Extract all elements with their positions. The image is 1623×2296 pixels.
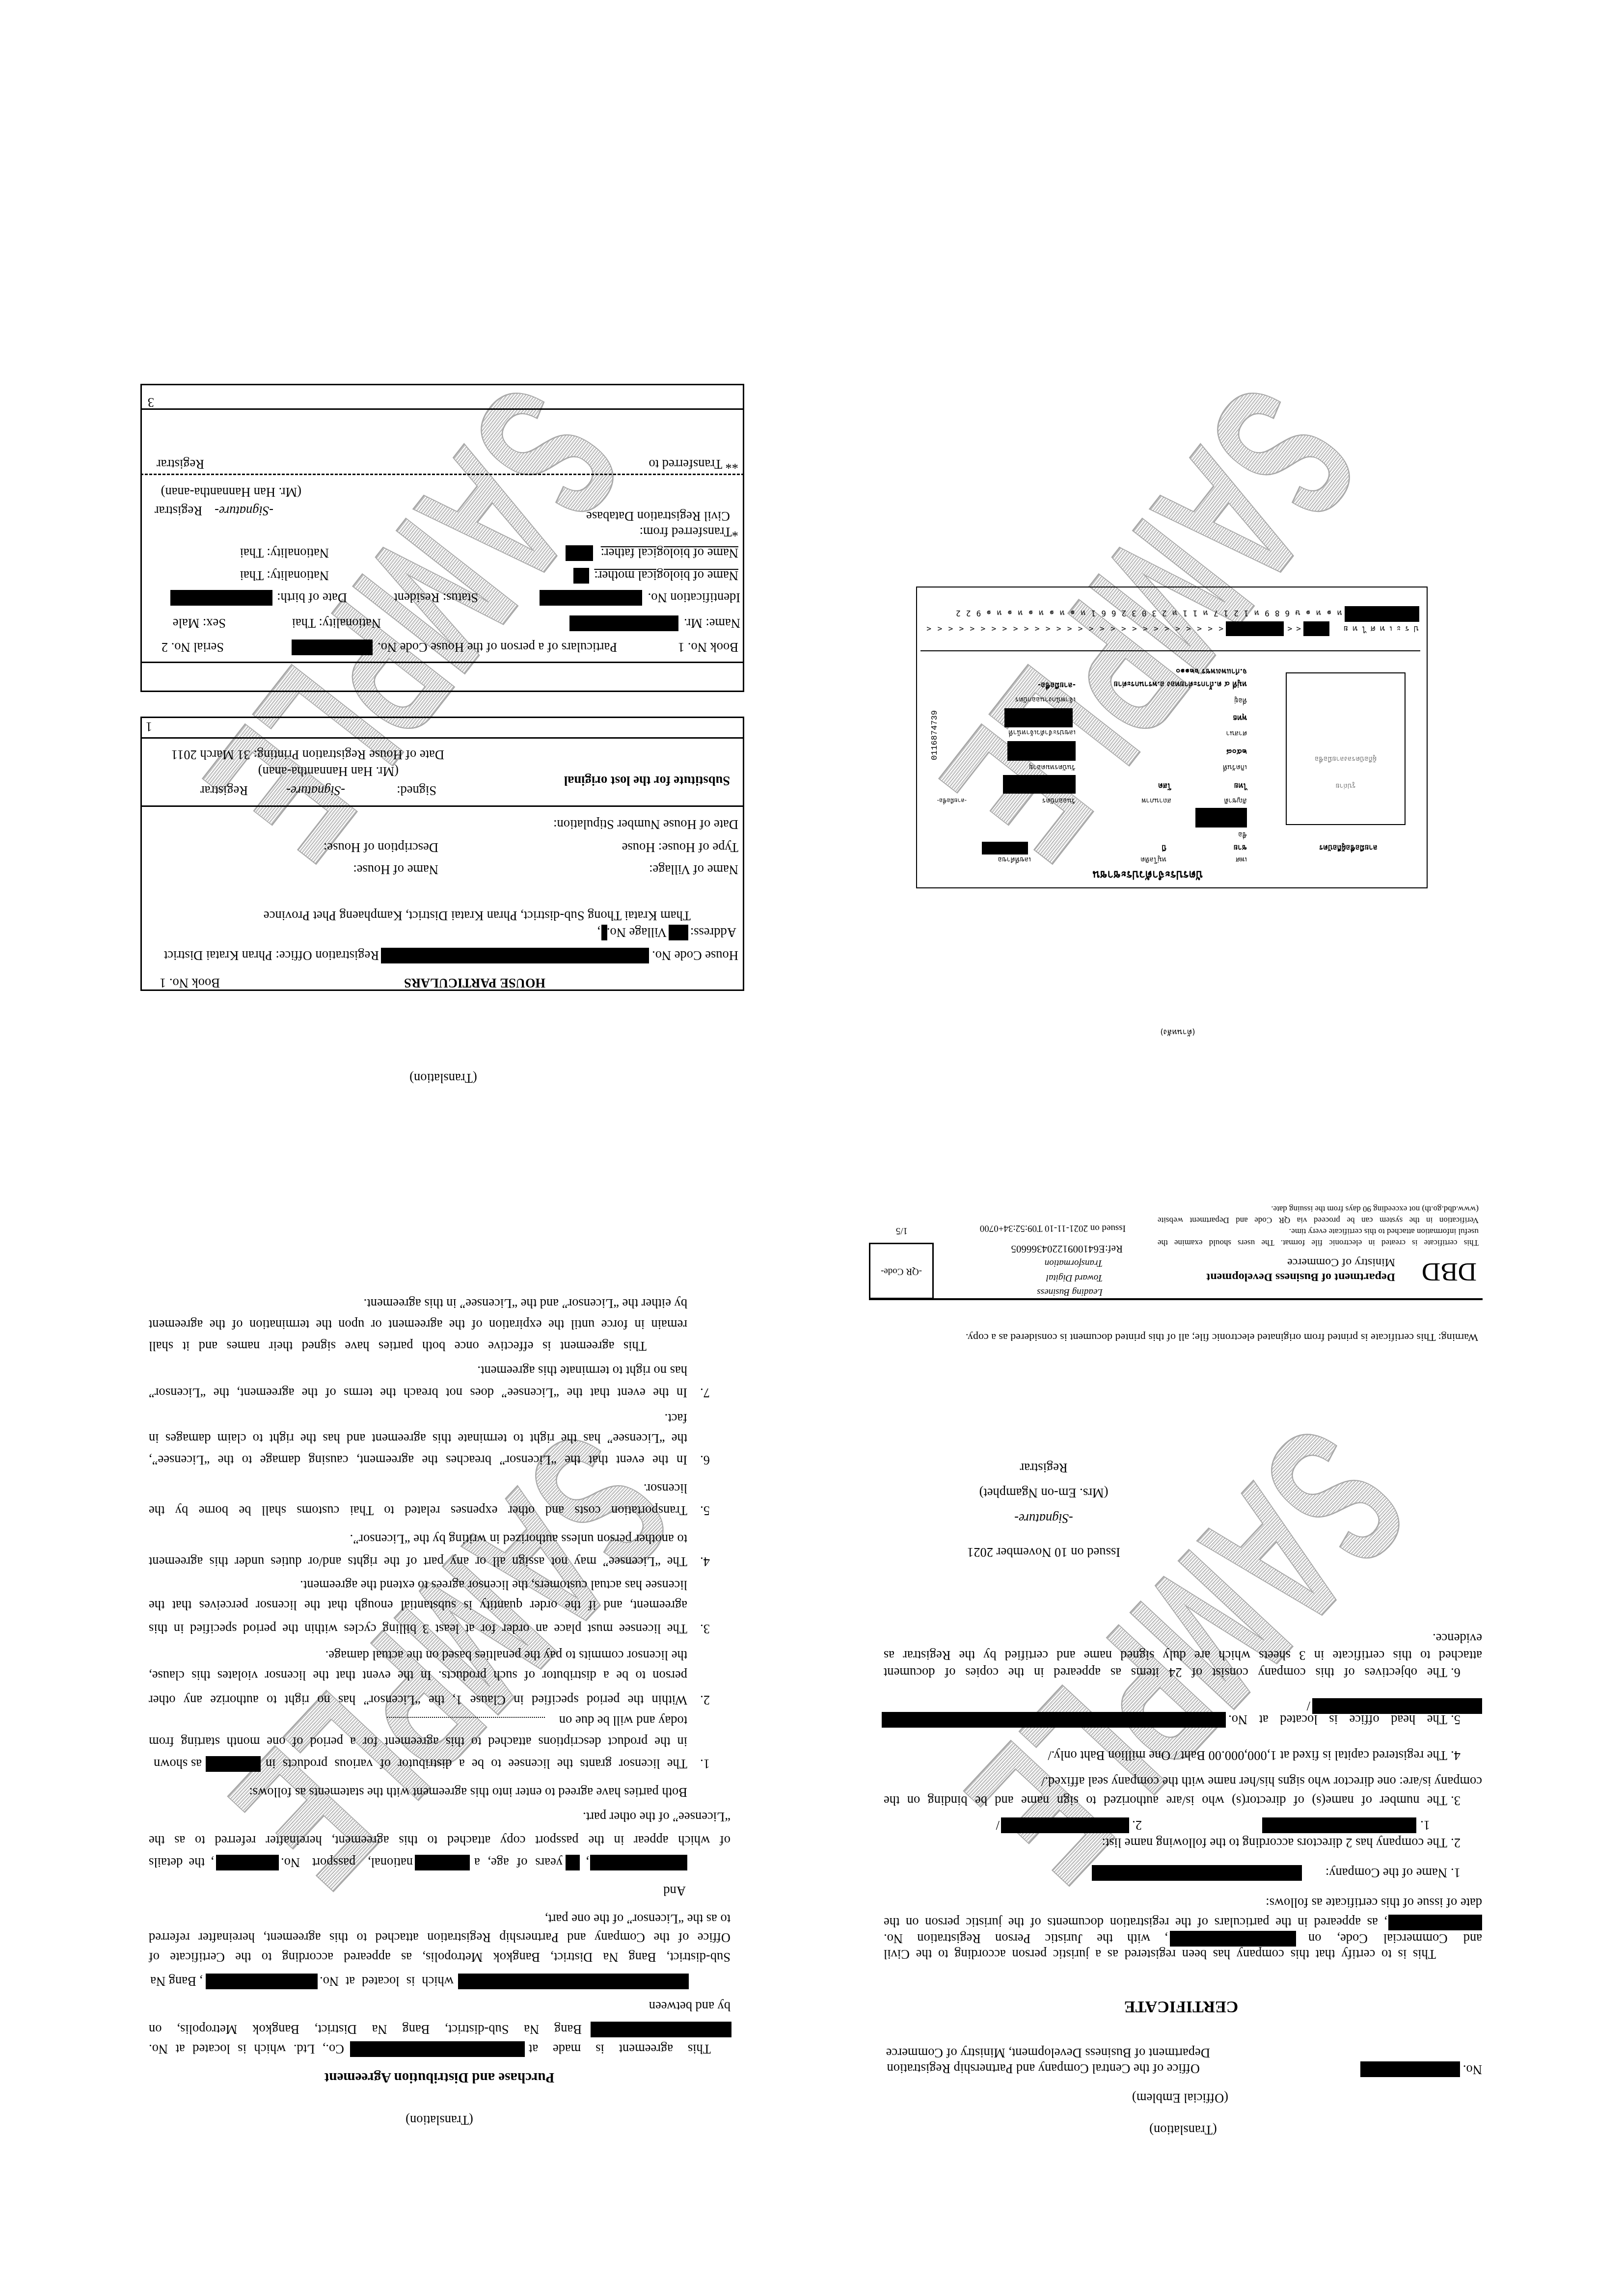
signature-placeholder: -Signature- xyxy=(286,783,345,799)
divider xyxy=(140,805,744,807)
page-number: 3 xyxy=(148,395,154,410)
card-field-label: เจ้าพนักงานออกบัตร xyxy=(1015,695,1076,704)
address-comma: , xyxy=(597,925,600,940)
photo-box-label: ผู้ถือบัตรลงลายมือชื่อ xyxy=(1286,754,1406,763)
transferred-from-label: *Transferred from: xyxy=(640,524,738,540)
card-field-value: บี xyxy=(1162,843,1166,852)
card-field-label: เกิดวันที่ xyxy=(1223,763,1247,772)
agreement-line: , xyxy=(586,1855,589,1870)
agreement-line: to as the “Licensor” of the one part, xyxy=(545,1911,730,1927)
dbd-department: Department of Business Development xyxy=(1206,1270,1395,1284)
clause-line: In the event that the “Licensee” does no… xyxy=(149,1385,687,1401)
item-number: 4. xyxy=(1451,1748,1461,1763)
clause-line: The licensor grants the licensee to be a… xyxy=(266,1756,687,1772)
clause-number: 6. xyxy=(700,1452,710,1468)
clause-number: 5. xyxy=(700,1503,710,1519)
redaction-block xyxy=(982,842,1028,854)
certificate-line: date of issue of this certificate as fol… xyxy=(1266,1895,1482,1911)
item-text: The number of name(s) of director(s) who… xyxy=(884,1793,1447,1809)
clause-line: the “Licensee” has the right to terminat… xyxy=(149,1431,687,1446)
clause-line: In the event that the “Licensor” breache… xyxy=(149,1452,687,1468)
name-of-village: Name of Village: xyxy=(649,862,738,878)
redaction-block xyxy=(350,2041,525,2057)
redaction-block xyxy=(669,925,688,940)
redaction-block xyxy=(1004,708,1073,727)
card-field-label: หมู่โลหิต xyxy=(1140,855,1166,864)
book-number: Book No. 1 xyxy=(160,975,220,991)
item-tail: / xyxy=(996,1817,1000,1833)
item-text: The company has 2 directors according to… xyxy=(1102,1835,1447,1851)
address-label: Address: xyxy=(690,925,736,940)
clause-line: The “Licensee” may not assign all or any… xyxy=(149,1554,687,1570)
clause-line: as shown xyxy=(154,1756,202,1772)
redaction-block xyxy=(566,545,593,561)
redaction-block xyxy=(206,1756,261,1772)
photo-box xyxy=(1286,672,1406,825)
item-tail: / xyxy=(1307,1698,1310,1714)
item-number: 2. xyxy=(1451,1835,1461,1851)
agreement-line: Office of the Company and Partnership Re… xyxy=(149,1930,730,1946)
redaction-block xyxy=(573,568,589,584)
clause-line: to another person unless authorized in w… xyxy=(350,1531,687,1547)
copy-warning: Warning: This certificate is printed fro… xyxy=(966,1331,1478,1344)
electronic-notice-line: This certificate is created in electroni… xyxy=(1158,1238,1479,1248)
director-number: 1. xyxy=(1420,1817,1430,1833)
card-field-value: จ.กำแพงเพชร ๖๒๑๑๐ xyxy=(1176,667,1247,676)
item-text: evidence. xyxy=(1433,1630,1482,1646)
card-divider xyxy=(920,650,1420,651)
agreement-line: which is located at No. xyxy=(320,1974,454,1989)
closing-line: by either the “Licensor” and the “Licens… xyxy=(364,1296,687,1311)
redaction-block xyxy=(540,590,642,606)
agreement-statement-intro: Both parties have agreed to enter into t… xyxy=(249,1785,687,1800)
nationality: Nationality: Thai xyxy=(292,615,381,631)
dashed-divider xyxy=(140,474,744,475)
mother-label: Name of biological mother: xyxy=(594,568,738,584)
transferred-from-value: Civil Registration Database xyxy=(586,508,730,524)
clause-number: 2. xyxy=(700,1692,710,1708)
card-field-label: สถานภาพ xyxy=(1141,796,1171,805)
redaction-block xyxy=(1003,775,1076,794)
dbd-logo: DBD xyxy=(1422,1257,1477,1286)
card-field-value: -ลายมือชื่อ- xyxy=(937,796,967,805)
qr-code-placeholder: -QR Code- xyxy=(869,1266,934,1277)
item-text: company is/are: one director who signs h… xyxy=(1041,1774,1482,1789)
issuing-office: Office of the Central Company and Partne… xyxy=(887,2061,1200,2077)
redaction-block xyxy=(1312,1698,1482,1714)
mrz-line-1-prefix: ประเทศไทย xyxy=(1339,624,1419,634)
clause-line: agreement, and if the order quantity is … xyxy=(149,1598,687,1613)
item-text: attached to this certificate in 3 sheets… xyxy=(884,1648,1482,1663)
card-field-label: เพศ xyxy=(1236,855,1247,864)
redaction-block xyxy=(1388,1915,1482,1930)
signature-placeholder: -Signature- xyxy=(946,1511,1142,1526)
redaction-block xyxy=(1092,1865,1302,1881)
issued-date: Issued on 10 November 2021 xyxy=(946,1545,1142,1560)
page-number: 1 xyxy=(146,719,152,735)
substitute-note: Substitute for the lost original xyxy=(564,773,730,789)
card-field-value: -ลายมือชื่อ- xyxy=(1038,681,1076,690)
registration-office: Registration Office: Phran Kratai Distri… xyxy=(164,948,379,963)
issuing-department: Department of Business Development, Mini… xyxy=(886,2045,1210,2061)
clause-number: 4. xyxy=(700,1554,710,1570)
certificate-title: CERTIFICATE xyxy=(1083,1997,1279,2016)
status: Status: Resident xyxy=(394,590,478,606)
description-of-house: Description of House: xyxy=(324,840,438,855)
agreement-line: Bang Na Sub-district, Bang Na District, … xyxy=(149,2022,582,2037)
dbd-slogan-line: Toward Digital xyxy=(1046,1272,1103,1283)
scanned-page-rotated: SAMPLE SAMPLE SAMPLE SAMPLE (Translation… xyxy=(0,0,1623,2296)
redaction-block xyxy=(1360,2061,1460,2077)
redaction-block xyxy=(1170,1931,1296,1947)
card-field-value: ไทย xyxy=(1234,781,1247,790)
redaction-block xyxy=(1226,621,1284,636)
registrar-title: Registrar xyxy=(155,503,202,519)
agreement-and: And xyxy=(663,1883,686,1899)
agreement-title: Purchase and Distribution Agreement xyxy=(292,2069,587,2086)
redaction-block xyxy=(206,1974,318,1989)
transferred-to-label: ** Transferred to xyxy=(649,456,738,472)
redaction-block xyxy=(1262,1817,1416,1833)
card-field-label: วันออกบัตร xyxy=(1042,796,1076,805)
clause-line: The licensee must place an order for at … xyxy=(149,1621,687,1637)
holder-signature-label: ลายมือชื่อผู้ถือบัตร xyxy=(1319,843,1378,852)
father-nationality: Nationality: Thai xyxy=(240,545,329,561)
certificate-translation-label: (Translation) xyxy=(1134,2122,1232,2138)
registrar-name: (Mr. Han Hannantha-anan) xyxy=(258,764,399,779)
reference-number: Ref:E64100912204366605 xyxy=(1011,1243,1123,1255)
signed-label: Signed: xyxy=(397,783,436,799)
redaction-block xyxy=(569,615,678,631)
page-indicator: 1/5 xyxy=(896,1225,908,1236)
printing-date: Date of House Registration Printing: 31 … xyxy=(171,747,444,763)
agreement-line: of which appear in the passport copy att… xyxy=(149,1833,730,1848)
redaction-block xyxy=(170,590,272,606)
clause-line: Transportation costs and other expenses … xyxy=(149,1503,687,1519)
electronic-notice-line: (www.dbd.go.th) not exceeding 90 days fr… xyxy=(1271,1204,1479,1214)
name-of-house: Name of House: xyxy=(353,862,438,878)
agreement-line: national, passport No. xyxy=(281,1855,413,1870)
agreement-line: “Licensee” of the other part. xyxy=(583,1809,730,1825)
item-number: 1. xyxy=(1451,1865,1461,1881)
closing-line: remain in force until the expiration of … xyxy=(149,1317,687,1333)
redaction-block xyxy=(882,1712,1226,1728)
dbd-slogan-line: Leading Business xyxy=(1037,1286,1103,1297)
item-text: The objectives of this company consist o… xyxy=(884,1665,1447,1681)
agreement-line: , the details xyxy=(149,1855,214,1870)
redaction-block xyxy=(590,1855,687,1870)
mrz-line-2: ห๑ห๑ษ689ห1217ห11ห23032661ห๑ห๑ห๑ห๑ห๑922 xyxy=(950,608,1342,618)
mrz-line-1-separator: << xyxy=(1284,624,1301,634)
card-field-value: ชาย xyxy=(1234,843,1247,852)
registrar-name: (Mrs. Em-on Ngamphet) xyxy=(946,1485,1142,1501)
redaction-block xyxy=(458,1974,689,1989)
clause-line: Within the period specified in Clause 1,… xyxy=(149,1692,687,1708)
card-field-value: หมู่ที่ ๔ ต.ถ้ำกระต่ายทอง อ.พรานกระต่าย xyxy=(1114,680,1247,689)
certificate-line: and Commercial Code, on xyxy=(1308,1931,1482,1947)
card-field-label: เลขประจำตัวเจ้าหน้าที่ xyxy=(1008,728,1076,737)
registrar-title: Registrar xyxy=(157,456,204,472)
item-number: 6. xyxy=(1451,1665,1461,1681)
agreement-line: years of age, a xyxy=(474,1855,563,1870)
certificate-line: This is to certify that this company has… xyxy=(884,1947,1436,1962)
divider xyxy=(140,737,744,739)
divider xyxy=(140,662,744,663)
card-field-value: ๒๕๐๘ xyxy=(1226,748,1247,756)
agreement-line: by and between xyxy=(649,1999,730,2014)
redaction-block xyxy=(1007,741,1076,761)
director-number: 2. xyxy=(1132,1817,1142,1833)
father-label: Name of biological father: xyxy=(601,545,738,561)
official-emblem-label: (Official Emblem) xyxy=(1107,2090,1254,2106)
electronic-notice-line: Verification in the system can be procee… xyxy=(1158,1215,1479,1225)
redaction-block xyxy=(381,948,649,963)
divider xyxy=(140,408,744,410)
item-number: 3. xyxy=(1451,1793,1461,1809)
date-of-birth-label: Date of birth: xyxy=(277,590,347,606)
card-serial-number: 0116874739 xyxy=(930,710,941,761)
card-field-value: โสด xyxy=(1158,781,1171,790)
redaction-block xyxy=(292,640,373,655)
serial-number: Serial No. 2 xyxy=(162,640,224,655)
registrar-title: Registrar xyxy=(200,783,248,799)
card-field-label: ศาสนา xyxy=(1226,729,1247,738)
id-card-title: บัตรประจำตัวประชาชน xyxy=(1093,868,1203,881)
identification-label: Identification No. xyxy=(648,590,740,606)
agreement-line: This agreement is made at xyxy=(529,2041,711,2057)
redaction-block xyxy=(216,1855,279,1870)
electronic-notice-line: useful information attached to this cert… xyxy=(1289,1227,1479,1236)
clause-line: fact. xyxy=(665,1411,687,1426)
card-field-label: เลขที่คำขอ xyxy=(998,855,1031,864)
card-field-label: วันบัตรหมดอายุ xyxy=(1029,763,1076,772)
clause-line: has no right to terminate this agreement… xyxy=(477,1363,687,1379)
agreement-line: Sub-district, Bang Na District, Bangkok … xyxy=(149,1949,730,1965)
clause-line: the licensor commits to pay the penaltie… xyxy=(325,1648,687,1663)
footer-rule xyxy=(869,1298,1483,1300)
redaction-block xyxy=(1195,808,1247,828)
issued-timestamp: Issued on 2021-11-10 T09:52:34+0700 xyxy=(980,1223,1126,1233)
village-no-label: Village No. xyxy=(607,925,667,940)
redaction-block xyxy=(566,1855,580,1870)
house-code-label: House Code No. xyxy=(652,948,738,963)
clause-line: in the product descriptions attached to … xyxy=(149,1734,687,1750)
clause-line: person to be a distributor of such produ… xyxy=(149,1668,687,1683)
registrar-title: Registrar xyxy=(946,1460,1142,1476)
address-line-2: Tham Kratai Thong Sub-district, Phran Kr… xyxy=(264,908,691,924)
redaction-block xyxy=(591,2022,731,2037)
card-field-label: ชื่อ xyxy=(1238,830,1247,839)
mrz-line-1-fill: <<<<<<<<<<<<<<<<<<<<<<<<<<<< xyxy=(920,624,1223,634)
redaction-block xyxy=(601,925,607,940)
type-of-house: Type of House: House xyxy=(622,840,738,855)
redaction-block xyxy=(415,1855,470,1870)
mother-nationality: Nationality: Thai xyxy=(240,568,329,584)
name-label: Name: Mr. xyxy=(684,615,740,631)
closing-line: This agreement is effective once both pa… xyxy=(149,1338,647,1354)
agreement-translation-label: (Translation) xyxy=(390,2112,488,2128)
clause-line: licensor. xyxy=(644,1481,687,1496)
due-date-blank xyxy=(387,1717,545,1718)
clause-number: 7. xyxy=(700,1385,710,1401)
book-number: Book No. 1 xyxy=(678,640,738,655)
clause-line: licensee has actual customers, the licen… xyxy=(300,1577,687,1593)
person-heading: Particulars of a person of the House Cod… xyxy=(378,640,617,655)
item-number: 5. xyxy=(1451,1712,1461,1728)
redaction-block xyxy=(1303,621,1329,636)
dbd-slogan-line: Transformation xyxy=(1045,1257,1103,1268)
redaction-block xyxy=(1345,606,1419,622)
clause-line: today and will be due on xyxy=(559,1713,687,1729)
item-text: The registered capital is fixed at 1,000… xyxy=(1048,1748,1447,1763)
item-text: Name of the Company: xyxy=(1325,1865,1447,1881)
house-translation-label: (Translation) xyxy=(394,1070,492,1086)
sex: Sex: Male xyxy=(173,615,226,631)
id-card-caption: (ด้านหลัง) xyxy=(1129,1027,1227,1037)
certificate-line: , with the Juristic Person Registration … xyxy=(884,1931,1168,1947)
signature-placeholder: -Signature- xyxy=(215,503,273,519)
card-field-value: พุทธ xyxy=(1233,714,1247,722)
redaction-block xyxy=(1001,1817,1129,1833)
clause-number: 3. xyxy=(700,1621,710,1637)
photo-box-label: รูปถ่าย xyxy=(1286,781,1406,790)
dbd-ministry: Ministry of Commerce xyxy=(1287,1255,1395,1269)
date-of-stipulation: Date of House Number Stipulation: xyxy=(553,817,738,832)
registrar-name: (Mr. Han Hannantha-anan) xyxy=(161,484,301,500)
certificate-no-label: No. xyxy=(1463,2062,1482,2078)
clause-number: 1. xyxy=(700,1756,710,1772)
agreement-line: Co., Ltd. which is located at No. xyxy=(149,2041,344,2057)
house-particulars-title: HOUSE PARTICULARS xyxy=(404,975,545,991)
certificate-line: , as appeared in the particulars of the … xyxy=(884,1915,1387,1930)
card-field-label: สัญชาติ xyxy=(1224,796,1247,805)
card-field-label: ที่อยู่ xyxy=(1234,696,1247,705)
item-text: The head office is located at No. xyxy=(1228,1712,1447,1728)
agreement-line: , Bang Na xyxy=(150,1974,203,1989)
